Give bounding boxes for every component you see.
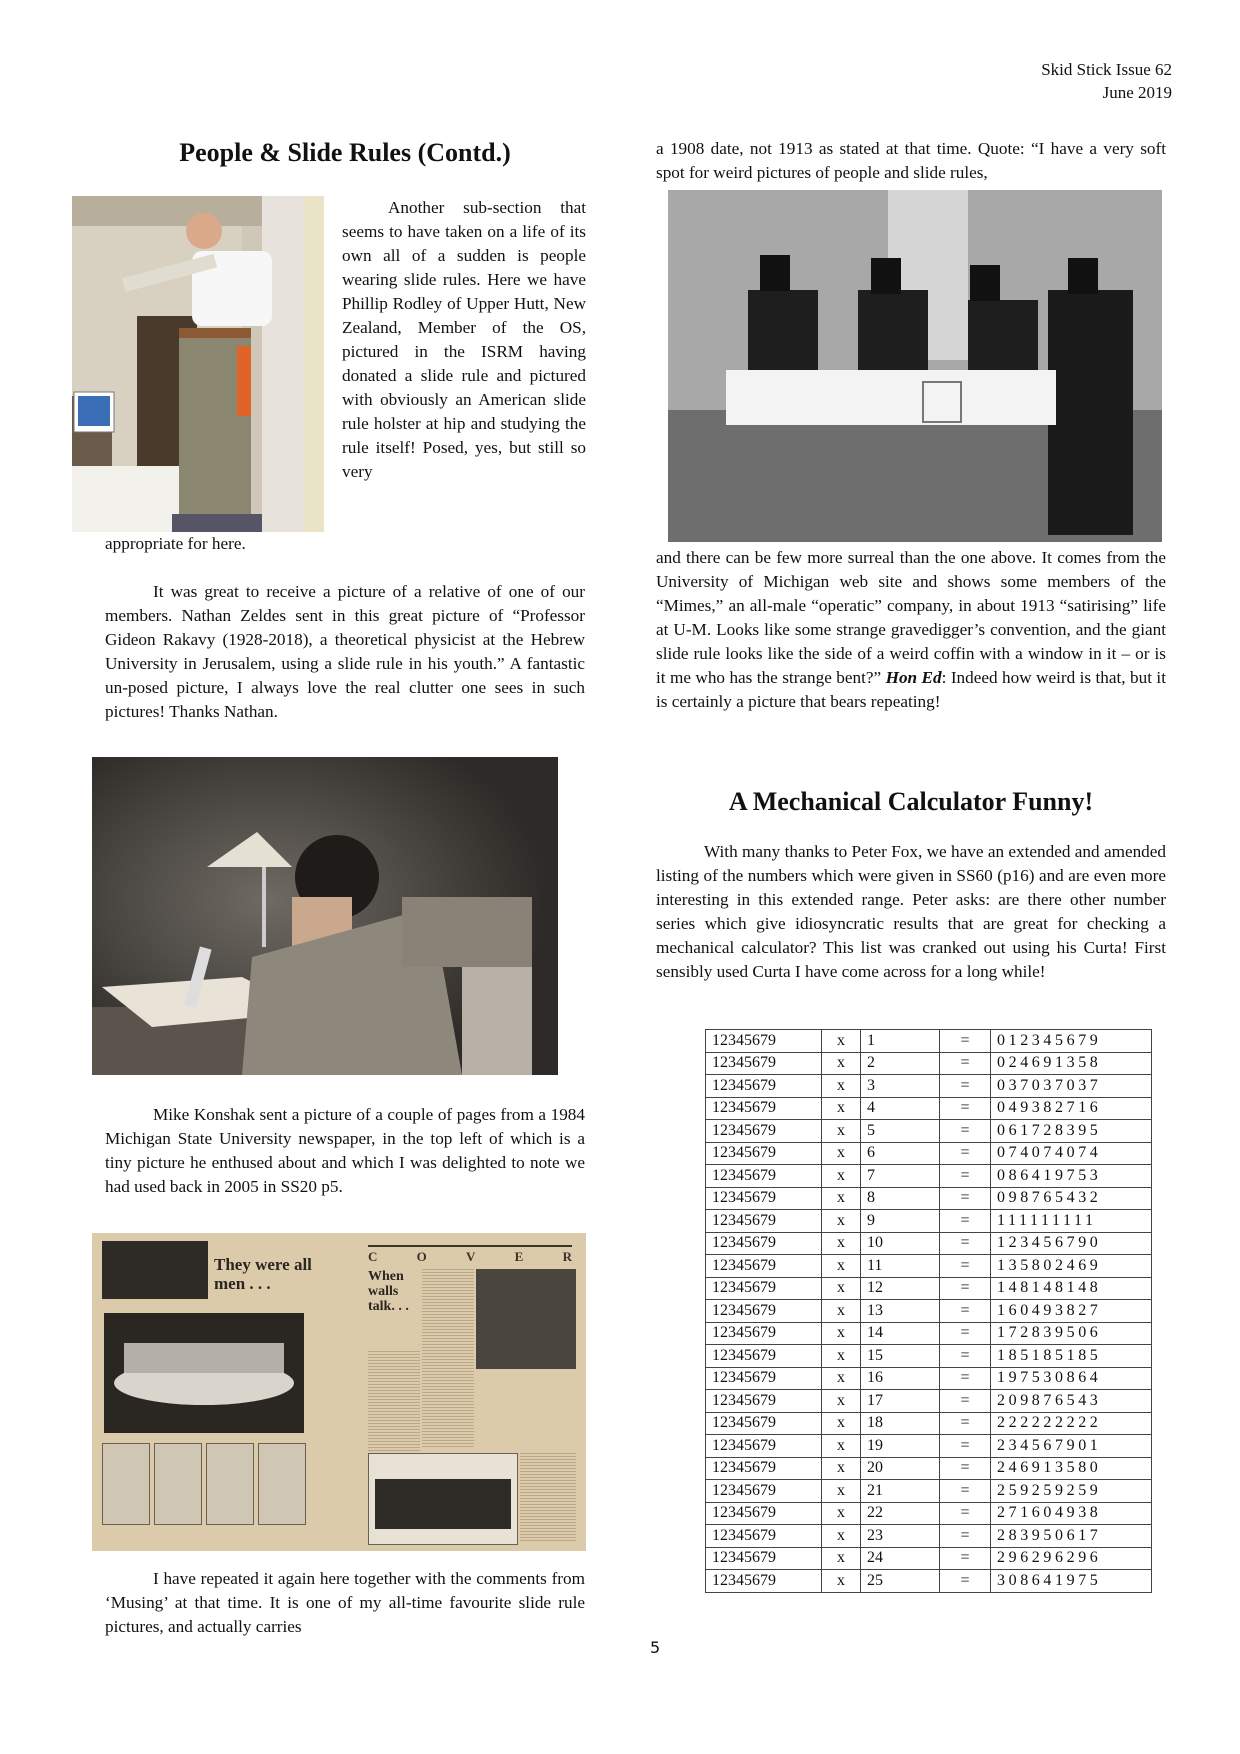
multiplier-cell: 8 [861,1187,940,1210]
operator-cell: x [822,1502,861,1525]
result-cell: 308641975 [991,1570,1152,1593]
equals-cell: = [940,1345,991,1368]
cover-letter: O [417,1249,427,1265]
multiplier-cell: 9 [861,1210,940,1233]
multiplicand-cell: 12345679 [706,1142,822,1165]
table-row: 12345679x23=283950617 [706,1525,1152,1548]
cover-letter: C [368,1249,377,1265]
operator-cell: x [822,1277,861,1300]
multiplier-cell: 12 [861,1277,940,1300]
table-row: 12345679x18=222222222 [706,1412,1152,1435]
result-cell: 160493827 [991,1300,1152,1323]
multiplicand-cell: 12345679 [706,1322,822,1345]
result-cell: 061728395 [991,1120,1152,1143]
result-cell: 086419753 [991,1165,1152,1188]
operator-cell: x [822,1052,861,1075]
table-row: 12345679x21=259259259 [706,1480,1152,1503]
multiplier-cell: 14 [861,1322,940,1345]
table-row: 12345679x13=160493827 [706,1300,1152,1323]
operator-cell: x [822,1367,861,1390]
operator-cell: x [822,1345,861,1368]
multiplicand-cell: 12345679 [706,1052,822,1075]
result-cell: 197530864 [991,1367,1152,1390]
multiplier-cell: 1 [861,1030,940,1053]
equals-cell: = [940,1187,991,1210]
table-row: 12345679x5=061728395 [706,1120,1152,1143]
operator-cell: x [822,1300,861,1323]
tiny-mimes-photo [102,1241,208,1299]
multiplier-cell: 25 [861,1570,940,1593]
photo-newspaper-clipping: They were all men . . . C O V E R When w… [92,1233,586,1551]
multiplier-cell: 5 [861,1120,940,1143]
equals-cell: = [940,1322,991,1345]
multiplicand-cell: 12345679 [706,1232,822,1255]
group-of-men-icon [369,1454,517,1544]
equals-cell: = [940,1097,991,1120]
multiplicand-cell: 12345679 [706,1210,822,1233]
result-cell: 271604938 [991,1502,1152,1525]
equals-cell: = [940,1570,991,1593]
table-row: 12345679x10=123456790 [706,1232,1152,1255]
operator-cell: x [822,1232,861,1255]
table-row: 12345679x15=185185185 [706,1345,1152,1368]
multiplicand-cell: 12345679 [706,1165,822,1188]
table-row: 12345679x17=209876543 [706,1390,1152,1413]
multiplier-cell: 23 [861,1525,940,1548]
result-cell: 111111111 [991,1210,1152,1233]
result-cell: 172839506 [991,1322,1152,1345]
multiplier-cell: 24 [861,1547,940,1570]
multiplier-cell: 15 [861,1345,940,1368]
operator-cell: x [822,1255,861,1278]
table-row: 12345679x12=148148148 [706,1277,1152,1300]
table-row: 12345679x4=049382716 [706,1097,1152,1120]
curta-results-table: 12345679x1=01234567912345679x2=024691358… [705,1029,1152,1593]
multiplicand-cell: 12345679 [706,1300,822,1323]
clipping-cover-banner: C O V E R [368,1245,572,1265]
paragraph-phillip-rodley: Another sub-section that seems to have t… [342,196,586,484]
result-cell: 024691358 [991,1052,1152,1075]
multiplier-cell: 11 [861,1255,940,1278]
equals-cell: = [940,1165,991,1188]
multiplier-cell: 16 [861,1367,940,1390]
equals-cell: = [940,1052,991,1075]
equals-cell: = [940,1502,991,1525]
operator-cell: x [822,1480,861,1503]
equals-cell: = [940,1457,991,1480]
multiplier-cell: 18 [861,1412,940,1435]
equals-cell: = [940,1547,991,1570]
multiplicand-cell: 12345679 [706,1457,822,1480]
table-row: 12345679x20=246913580 [706,1457,1152,1480]
operator-cell: x [822,1210,861,1233]
paragraph-gideon-rakavy: It was great to receive a picture of a r… [105,580,585,724]
result-cell: 037037037 [991,1075,1152,1098]
table-row: 12345679x7=086419753 [706,1165,1152,1188]
operator-cell: x [822,1322,861,1345]
multiplier-cell: 10 [861,1232,940,1255]
result-cell: 123456790 [991,1232,1152,1255]
paragraph-1908-quote: a 1908 date, not 1913 as stated at that … [656,137,1166,185]
result-cell: 222222222 [991,1412,1152,1435]
dancers-icon [104,1313,304,1433]
table-row: 12345679x25=308641975 [706,1570,1152,1593]
multiplicand-cell: 12345679 [706,1030,822,1053]
operator-cell: x [822,1435,861,1458]
section-title-mechanical-calculator: A Mechanical Calculator Funny! [656,786,1166,818]
multiplicand-cell: 12345679 [706,1480,822,1503]
multiplicand-cell: 12345679 [706,1255,822,1278]
paragraph-mimes-description: and there can be few more surreal than t… [656,546,1166,714]
costume-photo-2 [154,1443,202,1525]
table-row: 12345679x8=098765432 [706,1187,1152,1210]
hon-ed-label: Hon Ed [886,668,942,687]
equals-cell: = [940,1120,991,1143]
multiplier-cell: 2 [861,1052,940,1075]
multiplication-table: 12345679x1=01234567912345679x2=024691358… [705,1029,1152,1593]
paragraph-peter-fox: With many thanks to Peter Fox, we have a… [656,840,1166,984]
operator-cell: x [822,1570,861,1593]
photo-phillip-rodley [72,196,324,532]
operator-cell: x [822,1120,861,1143]
multiplicand-cell: 12345679 [706,1390,822,1413]
table-row: 12345679x16=197530864 [706,1367,1152,1390]
table-row: 12345679x22=271604938 [706,1502,1152,1525]
equals-cell: = [940,1142,991,1165]
equals-cell: = [940,1277,991,1300]
clipping-headline-left: They were all men . . . [214,1255,314,1293]
equals-cell: = [940,1435,991,1458]
equals-cell: = [940,1300,991,1323]
multiplier-cell: 20 [861,1457,940,1480]
costume-photo-1 [102,1443,150,1525]
multiplicand-cell: 12345679 [706,1187,822,1210]
result-cell: 283950617 [991,1525,1152,1548]
multiplicand-cell: 12345679 [706,1367,822,1390]
operator-cell: x [822,1030,861,1053]
photo-man-at-desk-with-slide-rule-icon [92,757,558,1075]
page-number: 5 [650,1638,660,1657]
multiplier-cell: 6 [861,1142,940,1165]
result-cell: 074074074 [991,1142,1152,1165]
table-row: 12345679x19=234567901 [706,1435,1152,1458]
operator-cell: x [822,1097,861,1120]
equals-cell: = [940,1480,991,1503]
equals-cell: = [940,1390,991,1413]
table-row: 12345679x2=024691358 [706,1052,1152,1075]
equals-cell: = [940,1232,991,1255]
issue-date: June 2019 [1041,81,1172,104]
result-cell: 148148148 [991,1277,1152,1300]
paragraph-musing-repeat: I have repeated it again here together w… [105,1567,585,1639]
cover-letter: E [515,1249,524,1265]
multiplicand-cell: 12345679 [706,1525,822,1548]
operator-cell: x [822,1142,861,1165]
result-cell: 209876543 [991,1390,1152,1413]
dancers-photo [104,1313,304,1433]
operator-cell: x [822,1165,861,1188]
photo-gideon-rakavy [92,757,558,1075]
equals-cell: = [940,1525,991,1548]
clipping-text-column-3 [520,1453,576,1543]
equals-cell: = [940,1412,991,1435]
paragraph-phillip-rodley-tail: appropriate for here. [105,532,405,556]
result-cell: 259259259 [991,1480,1152,1503]
equals-cell: = [940,1075,991,1098]
paragraph-mike-konshak: Mike Konshak sent a picture of a couple … [105,1103,585,1199]
vault-photo [476,1269,576,1369]
photo-man-with-slide-rule-holster-icon [72,196,324,532]
table-row: 12345679x1=012345679 [706,1030,1152,1053]
result-cell: 098765432 [991,1187,1152,1210]
multiplier-cell: 19 [861,1435,940,1458]
mimes-text: and there can be few more surreal than t… [656,548,1166,687]
multiplier-cell: 22 [861,1502,940,1525]
result-cell: 246913580 [991,1457,1152,1480]
result-cell: 135802469 [991,1255,1152,1278]
multiplicand-cell: 12345679 [706,1547,822,1570]
costume-photo-3 [206,1443,254,1525]
operator-cell: x [822,1412,861,1435]
operator-cell: x [822,1187,861,1210]
equals-cell: = [940,1255,991,1278]
clipping-headline-right: When walls talk. . . [368,1269,418,1314]
multiplier-cell: 7 [861,1165,940,1188]
operator-cell: x [822,1390,861,1413]
multiplicand-cell: 12345679 [706,1097,822,1120]
multiplicand-cell: 12345679 [706,1277,822,1300]
photo-mimes-slide-rule [668,190,1162,542]
equals-cell: = [940,1030,991,1053]
table-row: 12345679x24=296296296 [706,1547,1152,1570]
group-photo [368,1453,518,1545]
multiplier-cell: 3 [861,1075,940,1098]
clipping-text-column [422,1269,474,1449]
multiplicand-cell: 12345679 [706,1412,822,1435]
clipping-text-column-2 [368,1351,420,1451]
cover-letter: R [563,1249,572,1265]
photo-mimes-giant-slide-rule-icon [668,190,1162,542]
operator-cell: x [822,1457,861,1480]
section-title-people-slide-rules: People & Slide Rules (Contd.) [100,137,590,169]
multiplier-cell: 13 [861,1300,940,1323]
table-row: 12345679x11=135802469 [706,1255,1152,1278]
equals-cell: = [940,1367,991,1390]
result-cell: 234567901 [991,1435,1152,1458]
operator-cell: x [822,1075,861,1098]
result-cell: 049382716 [991,1097,1152,1120]
operator-cell: x [822,1547,861,1570]
equals-cell: = [940,1210,991,1233]
result-cell: 296296296 [991,1547,1152,1570]
cover-letter: V [466,1249,475,1265]
result-cell: 185185185 [991,1345,1152,1368]
multiplier-cell: 21 [861,1480,940,1503]
multiplicand-cell: 12345679 [706,1345,822,1368]
multiplicand-cell: 12345679 [706,1075,822,1098]
costume-photo-4 [258,1443,306,1525]
multiplicand-cell: 12345679 [706,1120,822,1143]
result-cell: 012345679 [991,1030,1152,1053]
table-row: 12345679x6=074074074 [706,1142,1152,1165]
publication-name: Skid Stick Issue 62 [1041,58,1172,81]
table-row: 12345679x3=037037037 [706,1075,1152,1098]
issue-header: Skid Stick Issue 62 June 2019 [1041,58,1172,104]
multiplier-cell: 17 [861,1390,940,1413]
table-row: 12345679x14=172839506 [706,1322,1152,1345]
multiplier-cell: 4 [861,1097,940,1120]
operator-cell: x [822,1525,861,1548]
multiplicand-cell: 12345679 [706,1435,822,1458]
multiplicand-cell: 12345679 [706,1570,822,1593]
table-row: 12345679x9=111111111 [706,1210,1152,1233]
multiplicand-cell: 12345679 [706,1502,822,1525]
